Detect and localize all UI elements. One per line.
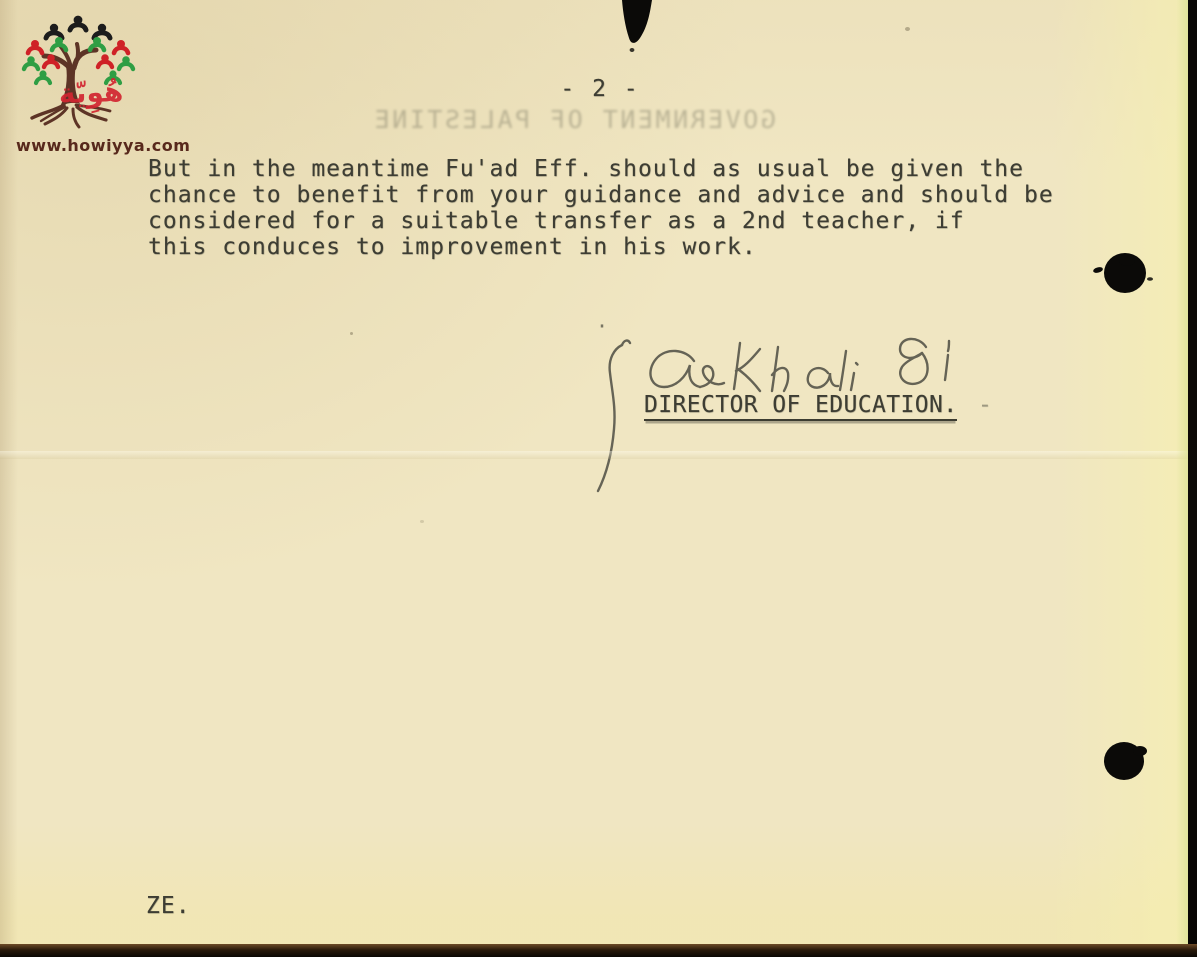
signature-title: DIRECTOR OF EDUCATION. [644,392,957,421]
paragraph-line: considered for a suitable transfer as a … [148,208,1088,234]
ink-blot-top [610,0,660,64]
title-trailing-dash: - [978,392,992,418]
scanned-letter-page: هُوِيّة www.howiyya.com - 2 - GOVERNMENT… [0,0,1197,957]
paper-fold-crease [0,451,1197,459]
paper-speck [905,27,910,31]
ink-blot-right-upper [1085,240,1165,310]
letter-paragraph: But in the meantime Fu'ad Eff. should as… [148,156,1088,260]
paper-speck [420,520,424,523]
ink-blot-right-lower [1098,733,1168,793]
tree-of-people-icon [18,8,142,134]
logo-arabic-calligraphy: هُوِيّة [45,74,136,110]
paragraph-line: But in the meantime Fu'ad Eff. should as… [148,156,1088,182]
bleedthrough-heading: GOVERNMENT OF PALESTINE [348,105,800,134]
scan-edge-right [1188,0,1197,957]
watermark-url-text: www.howiyya.com [16,136,166,155]
howiyya-watermark-logo: هُوِيّة www.howiyya.com [10,4,160,154]
scan-edge-bottom [0,944,1197,957]
paragraph-line: this conduces to improvement in his work… [148,234,1088,260]
page-number: - 2 - [530,76,670,102]
paragraph-line: chance to benefit from your guidance and… [148,182,1088,208]
paper-speck [350,332,353,335]
typist-initials: ZE. [146,893,191,919]
